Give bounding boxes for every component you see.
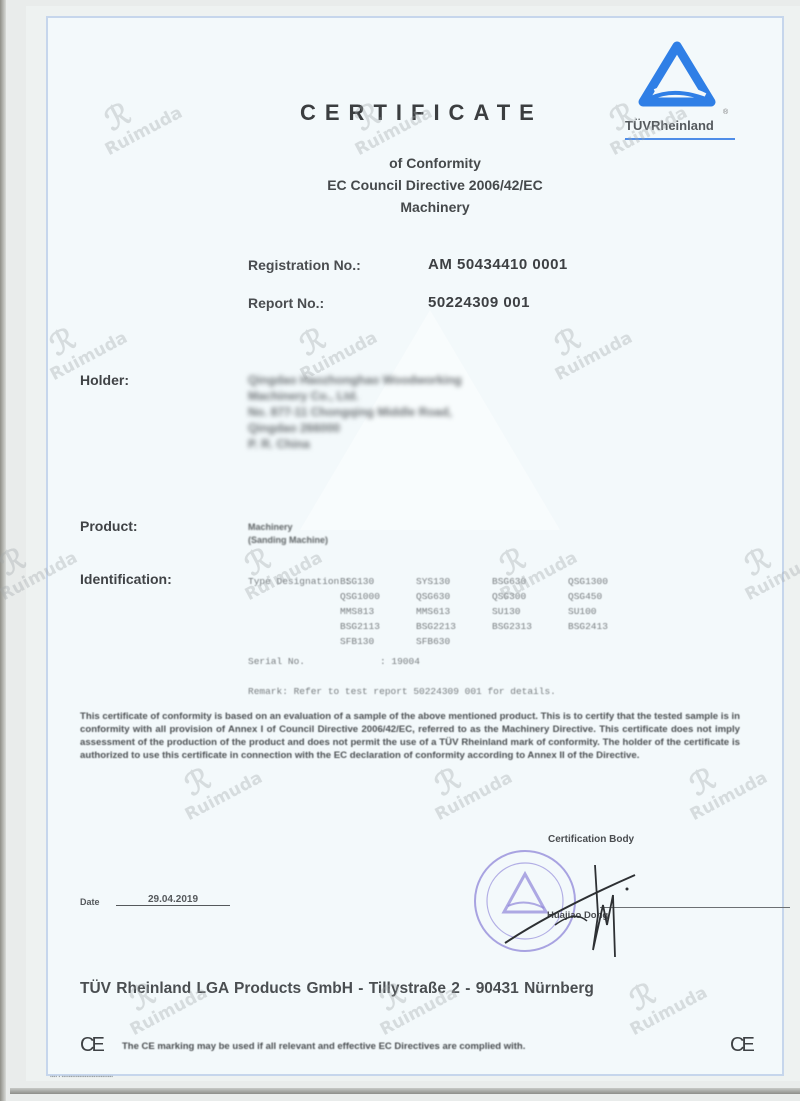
registration-number: AM 50434410 0001 xyxy=(428,256,568,273)
type-designation-item: BSG2113 xyxy=(340,621,416,632)
holder-address-blurred: Qingdao Haozhonghao Woodworking Machiner… xyxy=(248,372,578,452)
handwritten-signature xyxy=(495,855,645,965)
type-designation-item: MMS813 xyxy=(340,606,416,617)
type-designation-item: BSG130 xyxy=(340,576,416,587)
report-number: 50224309 001 xyxy=(428,294,530,311)
ce-mark-left-icon: CE xyxy=(80,1034,102,1057)
type-designation-item: BSG2413 xyxy=(568,621,644,632)
tuv-rheinland-wordmark: TÜVRheinland xyxy=(625,118,714,133)
type-designation-item: SU130 xyxy=(492,606,568,617)
type-designation-item: MMS613 xyxy=(416,606,492,617)
product-description: Machinery (Sanding Machine) xyxy=(248,521,328,547)
certification-body-label: Certification Body xyxy=(548,834,634,845)
certificate-title: CERTIFICATE xyxy=(300,100,543,126)
type-designation-item: QSG450 xyxy=(568,591,644,602)
type-designation-item: SFB130 xyxy=(340,636,416,647)
holder-label: Holder: xyxy=(80,372,129,388)
type-designation-grid: BSG130SYS130BSG630QSG1300QSG1000QSG630QS… xyxy=(340,576,644,647)
product-label: Product: xyxy=(80,518,138,534)
subtitle-machinery: Machinery xyxy=(250,196,620,218)
conformity-statement: This certificate of conformity is based … xyxy=(80,710,740,762)
page-edge-shadow xyxy=(0,0,6,1101)
type-designation-item: SU100 xyxy=(568,606,644,617)
type-designation-item: SYS130 xyxy=(416,576,492,587)
date-label: Date xyxy=(80,897,100,907)
issuer-address: TÜV Rheinland LGA Products GmbH - Tillys… xyxy=(80,980,594,998)
type-designation-item: SFB630 xyxy=(416,636,492,647)
tiny-footer-print: ▪▪▪▪ ▪ ▪▪▪▪▪▪▪▪▪▪▪▪▪▪▪▪▪▪▪▪▪▪▪▪▪▪▪▪▪ xyxy=(50,1074,113,1080)
type-designation-item: QSG630 xyxy=(416,591,492,602)
subtitle-of-conformity: of Conformity xyxy=(250,152,620,174)
registration-label: Registration No.: xyxy=(248,257,361,273)
ce-mark-right-icon: CE xyxy=(730,1034,752,1057)
type-designation-item: BSG2213 xyxy=(416,621,492,632)
page-bottom-edge xyxy=(10,1088,800,1094)
logo-underline xyxy=(625,138,735,140)
identification-label: Identification: xyxy=(80,571,172,587)
serial-number: : 19004 xyxy=(380,656,420,667)
type-designation-item: QSG1300 xyxy=(568,576,644,587)
type-designation-label: Type Designation : xyxy=(248,576,351,587)
report-label: Report No.: xyxy=(248,295,324,311)
remark-text: Remark: Refer to test report 50224309 00… xyxy=(248,686,556,697)
type-designation-item: BSG2313 xyxy=(492,621,568,632)
ce-marking-note: The CE marking may be used if all releva… xyxy=(122,1041,525,1052)
type-designation-item: QSG1000 xyxy=(340,591,416,602)
type-designation-item: BSG630 xyxy=(492,576,568,587)
type-designation-item: QSG300 xyxy=(492,591,568,602)
serial-label: Serial No. xyxy=(248,656,305,667)
subtitle-directive: EC Council Directive 2006/42/EC xyxy=(250,174,620,196)
svg-text:®: ® xyxy=(723,108,729,116)
issue-date: 29.04.2019 xyxy=(116,894,230,906)
